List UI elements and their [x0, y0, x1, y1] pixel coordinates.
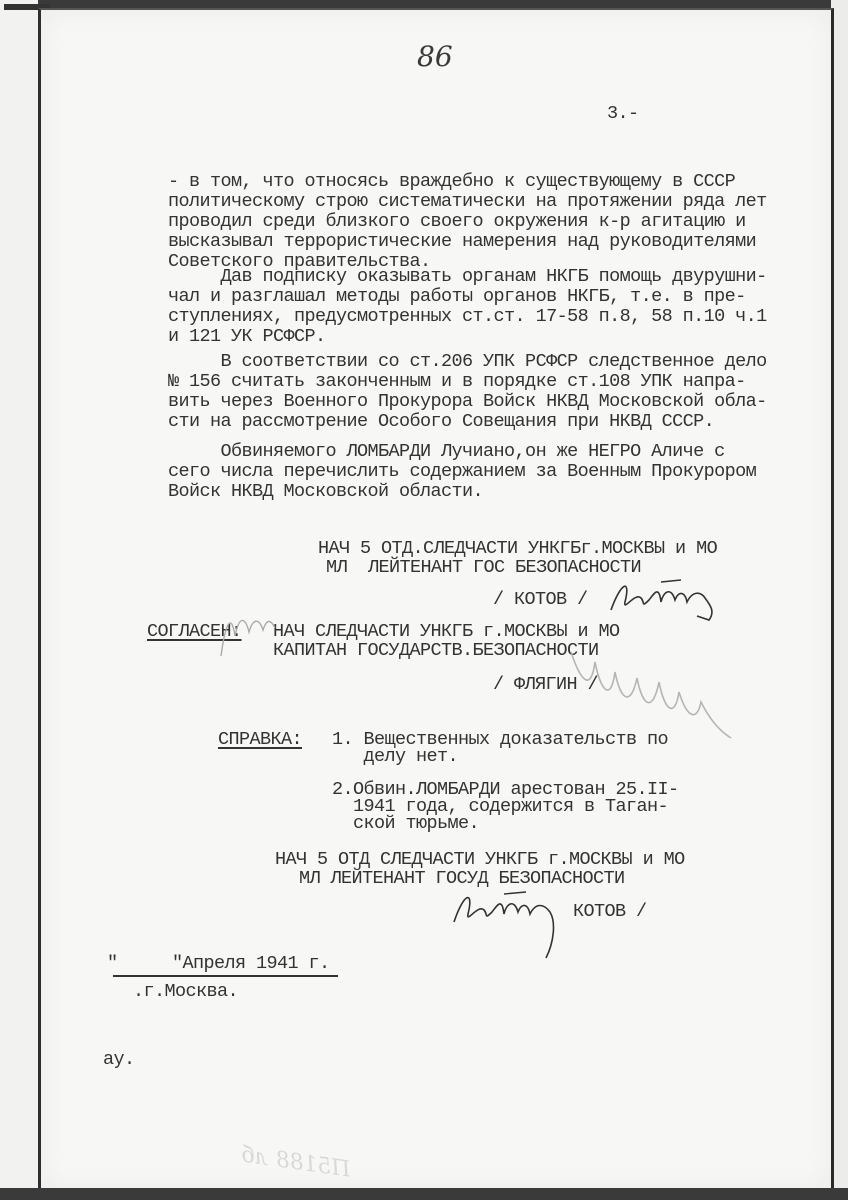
text-line: В соответствии со ст.206 УПК РСФСР следс… — [168, 352, 767, 372]
signatory-name: / КОТОВ / — [493, 590, 588, 610]
typist-mark: ау. — [103, 1050, 135, 1070]
text-line: вить через Военного Прокурора Войск НКВД… — [168, 392, 767, 412]
text-line: ступлениях, предусмотренных ст.ст. 17-58… — [168, 307, 767, 327]
text-line: Дав подписку оказывать органам НКГБ помо… — [168, 267, 767, 287]
signatory-name: КОТОВ / — [573, 902, 647, 922]
scan-bottom-edge — [0, 1188, 848, 1200]
handwritten-signature-icon — [446, 882, 576, 962]
note-label: СПРАВКА: — [218, 730, 302, 750]
show-through-text: П5188 лб — [240, 1142, 352, 1182]
title-line: НАЧ 5 ОТД.СЛЕДЧАСТИ УНКГБг.МОСКВЫ и МО — [318, 539, 717, 559]
date-underline — [113, 975, 338, 977]
text-line: политическому строю систематически на пр… — [168, 192, 767, 212]
text-line: сего числа перечислить содержанием за Во… — [168, 462, 756, 482]
title-line: МЛ ЛЕЙТЕНАНТ ГОС БЕЗОПАСНОСТИ — [326, 558, 641, 578]
scan-left-margin — [0, 0, 38, 1200]
text-line: Войск НКВД Московской области. — [168, 482, 483, 502]
archive-page-number: 86 — [417, 40, 453, 73]
date-quote-open: " — [107, 954, 118, 974]
text-line: высказывал террористические намерения на… — [168, 232, 756, 252]
text-line: и 121 УК РСФСР. — [168, 327, 326, 347]
note-item-line: ской тюрьме. — [332, 814, 479, 834]
document-page: 86 3.- - в том, что относясь враждебно к… — [38, 8, 834, 1190]
city-text: .г.Москва. — [133, 982, 238, 1002]
text-line: № 156 считать законченным и в порядке ст… — [168, 372, 746, 392]
text-line: - в том, что относясь враждебно к сущест… — [168, 172, 735, 192]
text-line: сти на рассмотрение Особого Совещания пр… — [168, 412, 714, 432]
date-text: "Апреля 1941 г. — [172, 954, 330, 974]
text-line: чал и разглашал методы работы органов НК… — [168, 287, 746, 307]
handwritten-signature-icon — [601, 572, 731, 628]
title-line: НАЧ 5 ОТД СЛЕДЧАСТИ УНКГБ г.МОСКВЫ и МО — [275, 850, 685, 870]
faint-signature-icon — [211, 606, 291, 666]
typed-page-number: 3.- — [607, 104, 639, 124]
text-line: Обвиняемого ЛОМБАРДИ Лучиано,он же НЕГРО… — [168, 442, 725, 462]
faint-signature-icon — [561, 622, 741, 742]
text-line: проводил среди близкого своего окружения… — [168, 212, 746, 232]
note-item-line: делу нет. — [332, 747, 458, 767]
title-line: КАПИТАН ГОСУДАРСТВ.БЕЗОПАСНОСТИ — [273, 641, 599, 661]
